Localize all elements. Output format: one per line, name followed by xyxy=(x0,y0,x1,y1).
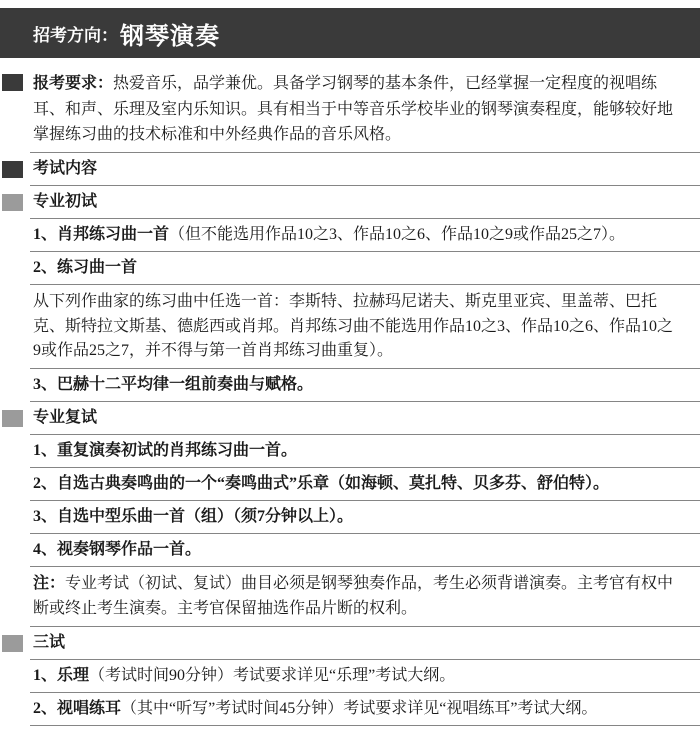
item-title: 3、自选中型乐曲一首（组）（须7分钟以上）。 xyxy=(33,508,353,525)
etude-composers-paragraph: 从下列作曲家的练习曲中任选一首：李斯特、拉赫玛尼诺夫、斯克里亚宾、里盖蒂、巴托克… xyxy=(30,285,700,369)
section-marker-dark xyxy=(2,161,23,178)
document-body: 报考要求：热爱音乐，品学兼优。具备学习钢琴的基本条件，已经掌握一定程度的视唱练耳… xyxy=(30,58,700,726)
item-title: 1、肖邦练习曲一首 xyxy=(33,226,169,243)
item-ear-training: 2、视唱练耳（其中“听写”考试时间45分钟）考试要求详见“视唱练耳”考试大纲。 xyxy=(30,693,700,726)
note-label: 注： xyxy=(33,575,65,592)
note-paragraph: 注：专业考试（初试、复试）曲目必须是钢琴独奏作品，考生必须背谱演奏。主考官有权中… xyxy=(30,567,700,627)
section-marker-gray xyxy=(2,635,23,652)
item-chopin-etude: 1、肖邦练习曲一首（但不能选用作品10之3、作品10之6、作品10之9或作品25… xyxy=(30,219,700,252)
item-title: 1、重复演奏初试的肖邦练习曲一首。 xyxy=(33,442,297,459)
requirements-label: 报考要求： xyxy=(33,75,113,92)
item-etude: 2、练习曲一首 xyxy=(30,252,700,285)
item-title: 4、视奏钢琴作品一首。 xyxy=(33,541,201,558)
title-bar-direction: 钢琴演奏 xyxy=(120,16,220,51)
item-repeat-chopin-etude: 1、重复演奏初试的肖邦练习曲一首。 xyxy=(30,435,700,468)
section-third-round: 三试 xyxy=(30,627,700,660)
item-detail: （但不能选用作品10之3、作品10之6、作品10之9或作品25之7）。 xyxy=(169,226,625,243)
paragraph-text: 从下列作曲家的练习曲中任选一首：李斯特、拉赫玛尼诺夫、斯克里亚宾、里盖蒂、巴托克… xyxy=(33,293,673,360)
section-title: 三试 xyxy=(33,634,65,651)
section-title: 考试内容 xyxy=(33,160,97,177)
item-medium-piece: 3、自选中型乐曲一首（组）（须7分钟以上）。 xyxy=(30,501,700,534)
item-title: 2、练习曲一首 xyxy=(33,259,137,276)
section-preliminary-round: 专业初试 xyxy=(30,186,700,219)
section-title: 专业复试 xyxy=(33,409,97,426)
section-marker-gray xyxy=(2,194,23,211)
section-title: 专业初试 xyxy=(33,193,97,210)
section-second-round: 专业复试 xyxy=(30,402,700,435)
requirements-paragraph: 报考要求：热爱音乐，品学兼优。具备学习钢琴的基本条件，已经掌握一定程度的视唱练耳… xyxy=(30,58,700,153)
item-music-theory: 1、乐理（考试时间90分钟）考试要求详见“乐理”考试大纲。 xyxy=(30,660,700,693)
item-bach-prelude-fugue: 3、巴赫十二平均律一组前奏曲与赋格。 xyxy=(30,369,700,402)
note-text: 专业考试（初试、复试）曲目必须是钢琴独奏作品，考生必须背谱演奏。主考官有权中断或… xyxy=(33,575,673,617)
section-marker-dark xyxy=(2,74,23,91)
section-marker-gray xyxy=(2,410,23,427)
item-title: 2、视唱练耳 xyxy=(33,700,121,717)
item-title: 2、自选古典奏鸣曲的一个“奏鸣曲式”乐章（如海顿、莫扎特、贝多芬、舒伯特）。 xyxy=(33,475,609,492)
item-sight-reading: 4、视奏钢琴作品一首。 xyxy=(30,534,700,567)
section-exam-content: 考试内容 xyxy=(30,153,700,186)
title-bar: 招考方向： 钢琴演奏 xyxy=(0,8,700,58)
item-title: 1、乐理 xyxy=(33,667,89,684)
item-detail: （考试时间90分钟）考试要求详见“乐理”考试大纲。 xyxy=(89,667,455,684)
title-bar-label: 招考方向： xyxy=(33,21,118,46)
item-detail: （其中“听写”考试时间45分钟）考试要求详见“视唱练耳”考试大纲。 xyxy=(121,700,597,717)
document-page: 招考方向： 钢琴演奏 报考要求：热爱音乐，品学兼优。具备学习钢琴的基本条件，已经… xyxy=(0,8,700,736)
requirements-text: 热爱音乐，品学兼优。具备学习钢琴的基本条件，已经掌握一定程度的视唱练耳、和声、乐… xyxy=(33,75,673,143)
item-classical-sonata: 2、自选古典奏鸣曲的一个“奏鸣曲式”乐章（如海顿、莫扎特、贝多芬、舒伯特）。 xyxy=(30,468,700,501)
item-title: 3、巴赫十二平均律一组前奏曲与赋格。 xyxy=(33,376,313,393)
